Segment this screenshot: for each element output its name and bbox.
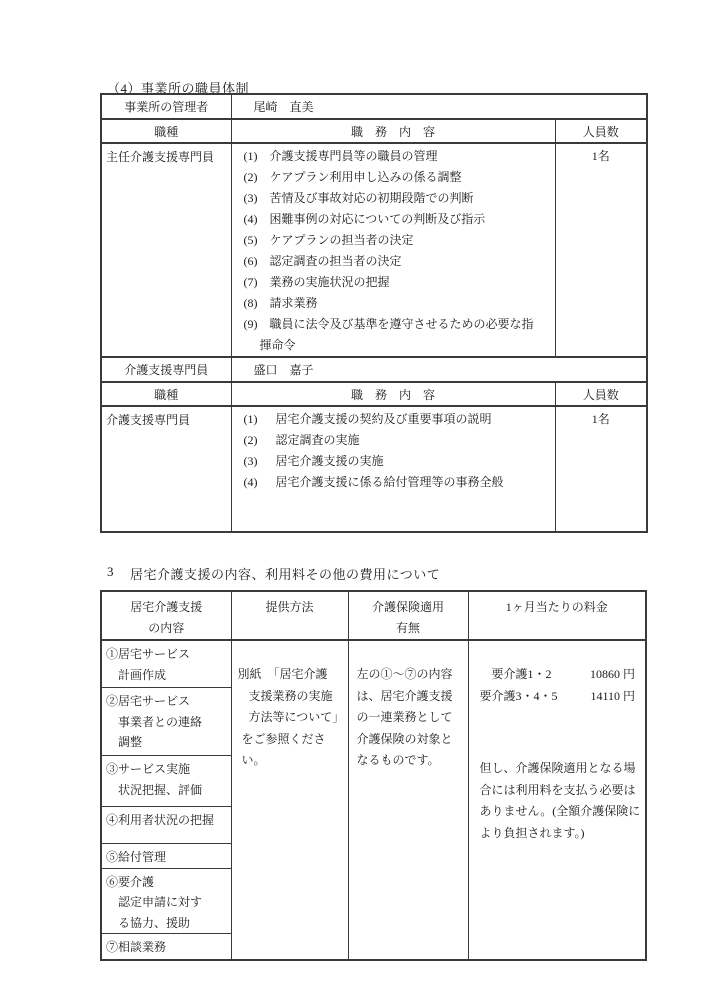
service-item-line: る協力、援助 — [106, 913, 229, 934]
chief-role-cell: 主任介護支援専門員 — [101, 143, 231, 357]
monthly-fee-cell: 要介護1・2 10860 円 要介護3・4・5 14110 円 但し、介護保険適… — [468, 640, 646, 960]
duty-number: (4) — [244, 472, 276, 493]
fee-note-line: 但し、介護保険適用となる場 — [480, 758, 636, 780]
duty-number: (7) — [244, 272, 270, 293]
method-line: 支援業務の実施 — [238, 686, 348, 708]
insurance-line: の一連業務として — [357, 707, 468, 729]
duty-text: 職員に法令及び基準を遵守させるための必要な指 — [270, 314, 534, 335]
service-section-number: 3 — [107, 564, 114, 583]
service-item-6: ⑥要介護 認定申請に対す る協力、援助 — [101, 868, 231, 934]
duty-number: (2) — [244, 430, 276, 451]
duty-line: (3)苦情及び事故対応の初期段階での判断 — [244, 188, 555, 209]
insurance-column-header: 介護保険適用 有無 — [348, 591, 468, 640]
duty-number: (4) — [244, 209, 270, 230]
specialist-label-cell: 介護支援専門員 — [101, 357, 231, 382]
method-line: をご参照ください。 — [238, 729, 348, 772]
method-column-header-text: 提供方法 — [232, 597, 348, 618]
service-item-line: 認定申請に対す — [106, 892, 229, 913]
fee-line: 要介護3・4・5 14110 円 — [480, 686, 636, 708]
fee-note-line: より負担されます。) — [480, 823, 636, 845]
chief-duties-cell: (1)介護支援専門員等の職員の管理 (2)ケアプラン利用申し込みの係る調整 (3… — [231, 143, 555, 357]
duty-line: (1)介護支援専門員等の職員の管理 — [244, 146, 555, 167]
service-item-line: 計画作成 — [106, 665, 229, 686]
insurance-applicability-cell: 左の①〜⑦の内容 は、居宅介護支援 の一連業務として 介護保険の対象と なるもの… — [348, 640, 468, 960]
fee-note: 但し、介護保険適用となる場 合には利用料を支払う必要は ありません。(全額介護保… — [480, 758, 636, 844]
headcount-column-header: 人員数 — [555, 382, 647, 406]
duty-text: 苦情及び事故対応の初期段階での判断 — [270, 188, 474, 209]
duty-number: (3) — [244, 188, 270, 209]
method-column-header: 提供方法 — [231, 591, 348, 640]
duty-text: ケアプラン利用申し込みの係る調整 — [270, 167, 462, 188]
document-page: { "section_staff": { "title": "（4）事業所の職員… — [0, 0, 707, 1000]
manager-label-cell: 事業所の管理者 — [101, 94, 231, 119]
service-item-line: 調整 — [106, 732, 229, 753]
staff-table-header-row: 職種 職 務 内 容 人員数 — [101, 119, 647, 143]
service-item-line: ②居宅サービス — [106, 691, 229, 712]
chief-row: 主任介護支援専門員 (1)介護支援専門員等の職員の管理 (2)ケアプラン利用申し… — [101, 143, 647, 357]
specialist-headcount-cell: 1名 — [555, 406, 647, 532]
duty-line: (2)ケアプラン利用申し込みの係る調整 — [244, 167, 555, 188]
specialist-name-row: 介護支援専門員 盛口 嘉子 — [101, 357, 647, 382]
duties-column-header: 職 務 内 容 — [231, 119, 555, 143]
insurance-line: 介護保険の対象と — [357, 729, 468, 751]
service-item-line: ③サービス実施 — [106, 759, 229, 780]
content-column-header-line1: 居宅介護支援 — [102, 597, 231, 618]
fee-line: 要介護1・2 10860 円 — [480, 664, 636, 686]
service-item-line: 状況把握、評価 — [106, 780, 229, 801]
duty-text: 請求業務 — [270, 293, 318, 314]
duty-line: (4)居宅介護支援に係る給付管理等の事務全般 — [244, 472, 555, 493]
fee-price: 14110 円 — [590, 686, 635, 708]
method-line: 別紙 「居宅介護 — [238, 664, 348, 686]
service-table: 居宅介護支援 の内容 提供方法 介護保険適用 有無 1ヶ月当たりの料金 ①居宅サ… — [100, 590, 647, 961]
service-item-7: ⑦相談業務 — [101, 934, 231, 961]
service-section-title-text: 居宅介護支援の内容、利用料その他の費用について — [130, 564, 440, 583]
duty-text: 介護支援専門員等の職員の管理 — [270, 146, 438, 167]
service-item-line: 事業者との連絡 — [106, 712, 229, 733]
duty-line: (5)ケアプランの担当者の決定 — [244, 230, 555, 251]
content-column-header-line2: の内容 — [102, 618, 231, 639]
role-column-header: 職種 — [101, 119, 231, 143]
duty-line: (1)居宅介護支援の契約及び重要事項の説明 — [244, 409, 555, 430]
specialist-duties-cell: (1)居宅介護支援の契約及び重要事項の説明 (2)認定調査の実施 (3)居宅介護… — [231, 406, 555, 532]
duty-line: (9)職員に法令及び基準を遵守させるための必要な指 — [244, 314, 555, 335]
fee-care-level: 要介護3・4・5 — [480, 686, 558, 708]
manager-row: 事業所の管理者 尾崎 直美 — [101, 94, 647, 119]
service-item-line: ①居宅サービス — [106, 644, 229, 665]
duty-number: (8) — [244, 293, 270, 314]
service-item-1: ①居宅サービス 計画作成 — [101, 640, 231, 688]
insurance-line: は、居宅介護支援 — [357, 686, 468, 708]
fee-note-line: ありません。(全額介護保険に — [480, 801, 636, 823]
fee-column-header-text: 1ヶ月当たりの料金 — [469, 597, 646, 618]
service-item-row-1: ①居宅サービス 計画作成 別紙 「居宅介護 支援業務の実施 方法等について」 を… — [101, 640, 646, 688]
duty-number: (6) — [244, 251, 270, 272]
duty-line: (3)居宅介護支援の実施 — [244, 451, 555, 472]
service-item-5: ⑤給付管理 — [101, 844, 231, 869]
duty-number: (1) — [244, 409, 276, 430]
service-item-4: ④利用者状況の把握 — [101, 807, 231, 844]
duty-text: 困難事例の対応についての判断及び指示 — [270, 209, 486, 230]
content-column-header: 居宅介護支援 の内容 — [101, 591, 231, 640]
duty-text: 居宅介護支援の契約及び重要事項の説明 — [276, 409, 492, 430]
fee-column-header: 1ヶ月当たりの料金 — [468, 591, 646, 640]
duty-line: (6)認定調査の担当者の決定 — [244, 251, 555, 272]
duty-text: 業務の実施状況の把握 — [270, 272, 390, 293]
duty-line: (4)困難事例の対応についての判断及び指示 — [244, 209, 555, 230]
duty-line: (8)請求業務 — [244, 293, 555, 314]
service-item-line: ④利用者状況の把握 — [106, 810, 229, 831]
insurance-column-header-line2: 有無 — [349, 618, 468, 639]
fee-note-line: 合には利用料を支払う必要は — [480, 780, 636, 802]
specialist-row: 介護支援専門員 (1)居宅介護支援の契約及び重要事項の説明 (2)認定調査の実施… — [101, 406, 647, 532]
fee-care-level: 要介護1・2 — [492, 664, 552, 686]
service-item-line: ⑥要介護 — [106, 872, 229, 893]
headcount-column-header: 人員数 — [555, 119, 647, 143]
service-section-title: 3 居宅介護支援の内容、利用料その他の費用について — [107, 564, 440, 583]
duty-text: 認定調査の実施 — [276, 430, 360, 451]
duty-text: ケアプランの担当者の決定 — [270, 230, 414, 251]
service-item-line: ⑦相談業務 — [106, 937, 229, 958]
duty-number: (2) — [244, 167, 270, 188]
insurance-column-header-line1: 介護保険適用 — [349, 597, 468, 618]
insurance-line: 左の①〜⑦の内容 — [357, 664, 468, 686]
provision-method-cell: 別紙 「居宅介護 支援業務の実施 方法等について」 をご参照ください。 — [231, 640, 348, 960]
duty-number: (5) — [244, 230, 270, 251]
manager-name-cell: 尾崎 直美 — [231, 94, 647, 119]
duty-text: 居宅介護支援に係る給付管理等の事務全般 — [276, 472, 504, 493]
service-item-3: ③サービス実施 状況把握、評価 — [101, 756, 231, 807]
duty-text: 認定調査の担当者の決定 — [270, 251, 402, 272]
fee-price: 10860 円 — [590, 664, 635, 686]
duty-number: (9) — [244, 314, 270, 335]
method-line: 方法等について」 — [238, 707, 348, 729]
duty-line-continuation: 揮命令 — [244, 335, 555, 356]
specialist-role-cell: 介護支援専門員 — [101, 406, 231, 532]
staff-table-header-row-2: 職種 職 務 内 容 人員数 — [101, 382, 647, 406]
duty-line: (7)業務の実施状況の把握 — [244, 272, 555, 293]
insurance-line: なるものです。 — [357, 750, 468, 772]
chief-headcount-cell: 1名 — [555, 143, 647, 357]
duty-number: (3) — [244, 451, 276, 472]
service-item-line: ⑤給付管理 — [106, 847, 229, 868]
duty-text: 揮命令 — [260, 335, 296, 356]
staff-table: 事業所の管理者 尾崎 直美 職種 職 務 内 容 人員数 主任介護支援専門員 (… — [100, 93, 648, 533]
specialist-name-cell: 盛口 嘉子 — [231, 357, 647, 382]
duty-number: (1) — [244, 146, 270, 167]
service-item-2: ②居宅サービス 事業者との連絡 調整 — [101, 688, 231, 756]
duty-text: 居宅介護支援の実施 — [276, 451, 384, 472]
duty-line: (2)認定調査の実施 — [244, 430, 555, 451]
duties-column-header: 職 務 内 容 — [231, 382, 555, 406]
role-column-header: 職種 — [101, 382, 231, 406]
service-table-header-row: 居宅介護支援 の内容 提供方法 介護保険適用 有無 1ヶ月当たりの料金 — [101, 591, 646, 640]
